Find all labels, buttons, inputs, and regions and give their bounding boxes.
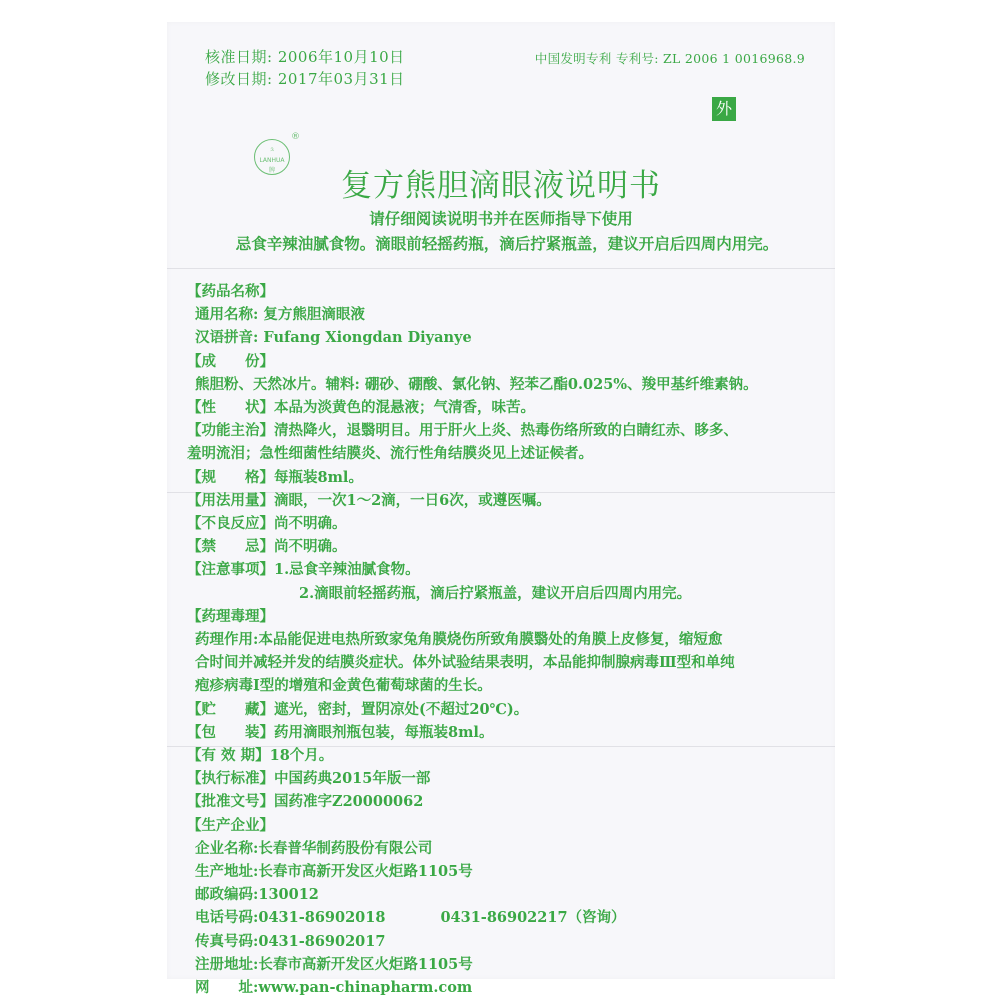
contraindications-text: 尚不明确。	[274, 538, 347, 555]
character-text: 本品为淡黄色的混悬液；气清香，味苦。	[274, 399, 535, 416]
dosage-row: 【用法用量】滴眼，一次1～2滴，一日6次，或遵医嘱。	[187, 489, 827, 512]
validity-row: 【有 效 期】18个月。	[187, 744, 827, 767]
adverse-text: 尚不明确。	[274, 515, 347, 532]
section-heading: 【生产企业】	[187, 814, 827, 837]
logo-mark: ㅊ	[255, 146, 289, 156]
section-heading: 【药品名称】	[187, 280, 827, 303]
validity-text: 18个月。	[270, 747, 334, 764]
packaging-row: 【包 装】药用滴眼剂瓶包装，每瓶装8ml。	[187, 721, 827, 744]
registered-address: 注册地址:长春市高新开发区火炬路1105号	[187, 953, 827, 976]
registered-icon: ®	[291, 132, 300, 142]
indications-text: 清热降火，退翳明目。用于肝火上炎、热毒伤络所致的白睛红赤、眵多、	[274, 422, 738, 439]
standard-row: 【执行标准】中国药典2015年版一部	[187, 767, 827, 790]
website: 网 址:www.pan-chinapharm.com	[187, 976, 827, 999]
approval-number-row: 【批准文号】国药准字Z20000062	[187, 790, 827, 813]
standard-text: 中国药典2015年版一部	[274, 770, 430, 787]
document-title: 复方熊胆滴眼液说明书	[167, 160, 835, 205]
section-heading: 【不良反应】	[187, 515, 274, 532]
specification-row: 【规 格】每瓶装8ml。	[187, 466, 827, 489]
company-name: 企业名称:长春普华制药股份有限公司	[187, 837, 827, 860]
fax-number: 传真号码:0431-86902017	[187, 930, 827, 953]
character-row: 【性 状】本品为淡黄色的混悬液；气清香，味苦。	[187, 396, 827, 419]
generic-name: 通用名称: 复方熊胆滴眼液	[187, 303, 827, 326]
precautions-row: 【注意事项】1.忌食辛辣油腻食物。	[187, 558, 827, 581]
dosage-text: 滴眼，一次1～2滴，一日6次，或遵医嘱。	[274, 492, 551, 509]
adverse-row: 【不良反应】尚不明确。	[187, 512, 827, 535]
precaution-item: 1.忌食辛辣油腻食物。	[274, 561, 420, 578]
consult-phone: 0431-86902217（咨询）	[440, 909, 625, 926]
section-heading: 【包 装】	[187, 724, 274, 741]
pharmacology-text: 药理作用:本品能促进电热所致家兔角膜烧伤所致角膜翳处的角膜上皮修复，缩短愈	[187, 628, 827, 651]
section-heading: 【禁 忌】	[187, 538, 274, 555]
approval-date: 核准日期: 2006年10月10日	[205, 46, 405, 68]
phone-row: 电话号码:0431-869020180431-86902217（咨询）	[187, 906, 827, 929]
fold-line	[167, 268, 835, 269]
phone-number: 电话号码:0431-86902018	[195, 909, 385, 926]
section-heading: 【规 格】	[187, 469, 274, 486]
indications-text-cont: 羞明流泪；急性细菌性结膜炎、流行性角结膜炎见上述证候者。	[187, 442, 827, 465]
section-heading: 【成 份】	[187, 350, 827, 373]
instruction-notice: 请仔细阅读说明书并在医师指导下使用	[167, 207, 835, 229]
external-use-badge: 外	[712, 97, 736, 121]
postcode: 邮政编码:130012	[187, 883, 827, 906]
usage-notice: 忌食辛辣油腻食物。滴眼前轻摇药瓶，滴后拧紧瓶盖，建议开启后四周内用完。	[173, 232, 841, 254]
dates-block: 核准日期: 2006年10月10日 修改日期: 2017年03月31日	[205, 46, 405, 90]
section-heading: 【性 状】	[187, 399, 274, 416]
leaflet-paper: 核准日期: 2006年10月10日 修改日期: 2017年03月31日 中国发明…	[167, 22, 835, 979]
packaging-text: 药用滴眼剂瓶包装，每瓶装8ml。	[274, 724, 493, 741]
production-address: 生产地址:长春市高新开发区火炬路1105号	[187, 860, 827, 883]
storage-row: 【贮 藏】遮光，密封，置阴凉处(不超过20℃)。	[187, 698, 827, 721]
approval-number-text: 国药准字Z20000062	[274, 793, 423, 810]
section-heading: 【功能主治】	[187, 422, 274, 439]
indications-row: 【功能主治】清热降火，退翳明目。用于肝火上炎、热毒伤络所致的白睛红赤、眵多、	[187, 419, 827, 442]
pinyin-name: 汉语拼音: Fufang Xiongdan Diyanye	[187, 326, 827, 349]
section-heading: 【执行标准】	[187, 770, 274, 787]
leaflet-body: 【药品名称】 通用名称: 复方熊胆滴眼液 汉语拼音: Fufang Xiongd…	[187, 280, 827, 999]
ingredients-text: 熊胆粉、天然冰片。辅料: 硼砂、硼酸、氯化钠、羟苯乙酯0.025%、羧甲基纤维素…	[187, 373, 827, 396]
section-heading: 【贮 藏】	[187, 701, 274, 718]
section-heading: 【批准文号】	[187, 793, 274, 810]
section-heading: 【药理毒理】	[187, 605, 827, 628]
precaution-item: 2.滴眼前轻摇药瓶，滴后拧紧瓶盖，建议开启后四周内用完。	[187, 582, 827, 605]
pharmacology-text: 疱疹病毒Ⅰ型的增殖和金黄色葡萄球菌的生长。	[187, 674, 827, 697]
section-heading: 【用法用量】	[187, 492, 274, 509]
pharmacology-text: 合时间并减轻并发的结膜炎症状。体外试验结果表明，本品能抑制腺病毒Ⅲ型和单纯	[187, 651, 827, 674]
specification-text: 每瓶装8ml。	[274, 469, 363, 486]
patent-number: 中国发明专利 专利号: ZL 2006 1 0016968.9	[535, 48, 805, 70]
section-heading: 【有 效 期】	[187, 747, 270, 764]
section-heading: 【注意事项】	[187, 561, 274, 578]
contraindications-row: 【禁 忌】尚不明确。	[187, 535, 827, 558]
revision-date: 修改日期: 2017年03月31日	[205, 68, 405, 90]
storage-text: 遮光，密封，置阴凉处(不超过20℃)。	[274, 701, 528, 718]
